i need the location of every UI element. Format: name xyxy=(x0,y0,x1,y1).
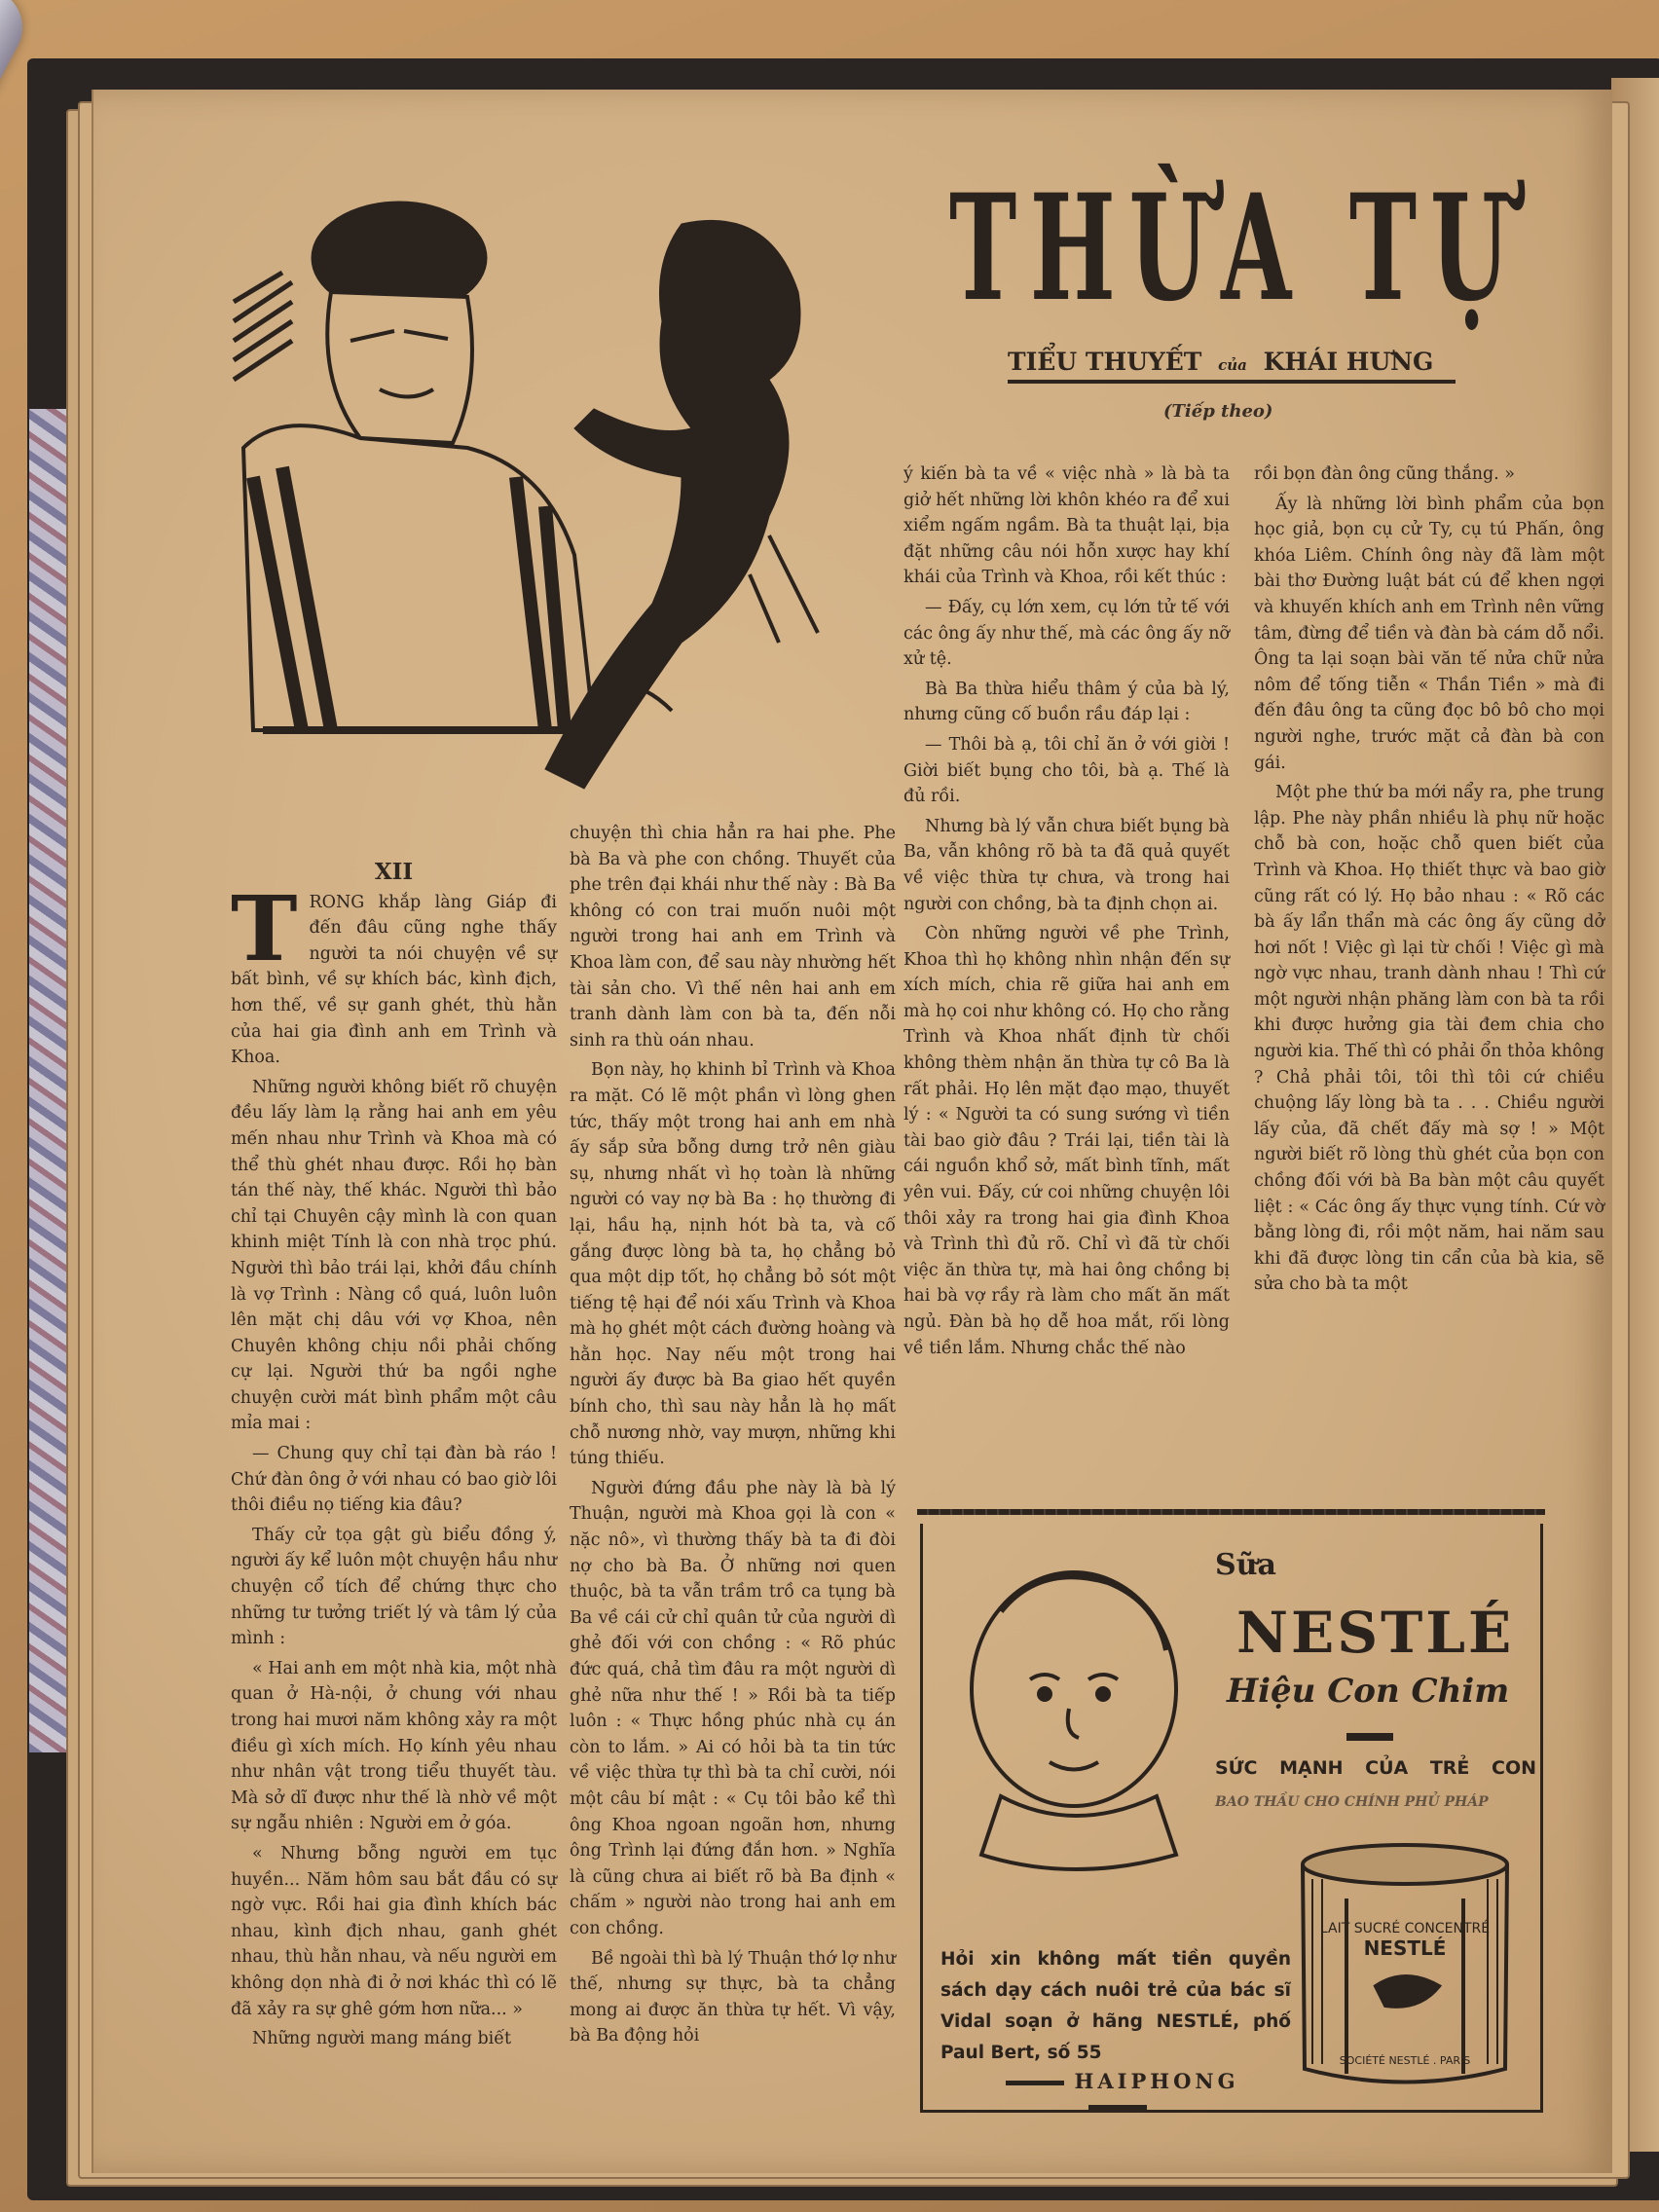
paragraph: Người đứng đầu phe này là bà lý Thuận, n… xyxy=(570,1476,896,1942)
milk-can-icon: LAIT SUCRÉ CONCENTRÉ NESTLÉ SOCIÉTÉ NEST… xyxy=(1293,1840,1517,2093)
paragraph: — Chung quy chỉ tại đàn bà ráo ! Chứ đàn… xyxy=(231,1441,557,1519)
text-column-2: chuyện thì chia hẳn ra hai phe. Phe bà B… xyxy=(570,821,896,2053)
ad-city: HAIPHONG xyxy=(962,2069,1273,2118)
ad-product-label: Sữa xyxy=(1215,1548,1276,1582)
paragraph: ý kiến bà ta về « việc nhà » là bà ta gi… xyxy=(903,461,1230,591)
paragraph: « Hai anh em một nhà kia, một nhà quan ở… xyxy=(231,1656,557,1837)
ad-variant: Hiệu Con Chim xyxy=(1227,1672,1509,1711)
baby-face-icon xyxy=(942,1543,1205,1894)
paragraph: Bề ngoài thì bà lý Thuận thớ lợ như thế,… xyxy=(570,1946,896,2049)
paragraph: Những người không biết rõ chuyện đều lấy… xyxy=(231,1075,557,1437)
byline-of: của xyxy=(1218,356,1247,374)
text-column-1: XII TRONG khắp làng Giáp đi đến đâu cũng… xyxy=(231,860,557,2056)
paragraph: Nhưng bà lý vẫn chưa biết bụng bà Ba, vẫ… xyxy=(903,814,1230,917)
genre-label: TIỂU THUYẾT xyxy=(1008,348,1201,376)
svg-text:SOCIÉTÉ NESTLÉ . PARIS: SOCIÉTÉ NESTLÉ . PARIS xyxy=(1340,2054,1470,2067)
paragraph: « Nhưng bỗng người em tục huyền... Năm h… xyxy=(231,1841,557,2022)
svg-text:LAIT SUCRÉ CONCENTRÉ: LAIT SUCRÉ CONCENTRÉ xyxy=(1320,1920,1490,1936)
paragraph: Bọn này, họ khinh bỉ Trình và Khoa ra mặ… xyxy=(570,1057,896,1472)
paragraph: Những người mang máng biết xyxy=(231,2026,557,2052)
ad-divider xyxy=(1346,1733,1393,1741)
woodcut-illustration xyxy=(224,185,866,818)
paragraph: Ấy là những lời bình phẩm của bọn học gi… xyxy=(1254,492,1604,777)
paragraph: — Thôi bà ạ, tôi chỉ ăn ở với giời ! Giờ… xyxy=(903,732,1230,810)
svg-text:NESTLÉ: NESTLÉ xyxy=(1364,1936,1447,1960)
paragraph: Thấy cử tọa gật gù biểu đồng ý, người ấy… xyxy=(231,1523,557,1652)
paragraph: chuyện thì chia hẳn ra hai phe. Phe bà B… xyxy=(570,821,896,1053)
two-women-illustration-icon xyxy=(224,185,866,818)
ad-offer-text: Hỏi xin không mất tiền quyền sách dạy cá… xyxy=(940,1944,1291,2069)
text-column-3: ý kiến bà ta về « việc nhà » là bà ta gi… xyxy=(903,461,1230,1365)
author-name: KHÁI HƯNG xyxy=(1264,348,1434,376)
story-title: THỪA TỰ xyxy=(949,175,1293,321)
paragraph: Một phe thứ ba mới nẩy ra, phe trung lập… xyxy=(1254,780,1604,1298)
paragraph: Bà Ba thừa hiểu thâm ý của bà lý, nhưng … xyxy=(903,677,1230,728)
text-column-4: rồi bọn đàn ông cũng thắng. » Ấy là nhữn… xyxy=(1254,461,1604,1302)
paragraph: rồi bọn đàn ông cũng thắng. » xyxy=(1254,461,1604,488)
byline: TIỂU THUYẾT của KHÁI HƯNG xyxy=(1008,348,1456,384)
drop-cap: T xyxy=(231,894,297,964)
ad-contract-note: BAO THẦU CHO CHÍNH PHỦ PHÁP xyxy=(1215,1794,1489,1810)
continued-note: (Tiếp theo) xyxy=(1163,401,1272,422)
ad-top-rule xyxy=(917,1509,1545,1515)
nestle-advertisement: Sữa NESTLÉ Hiệu Con Chim SỨC MẠNH CỦA TR… xyxy=(920,1524,1543,2113)
paragraph: — Đấy, cụ lớn xem, cụ lớn tử tế với các … xyxy=(903,595,1230,673)
ad-slogan: SỨC MẠNH CỦA TRẺ CON xyxy=(1215,1757,1536,1779)
paragraph: Còn những người về phe Trình, Khoa thì h… xyxy=(903,921,1230,1361)
ad-brand: NESTLÉ xyxy=(1236,1600,1514,1666)
paragraph: TRONG khắp làng Giáp đi đến đâu cũng ngh… xyxy=(231,890,557,1071)
